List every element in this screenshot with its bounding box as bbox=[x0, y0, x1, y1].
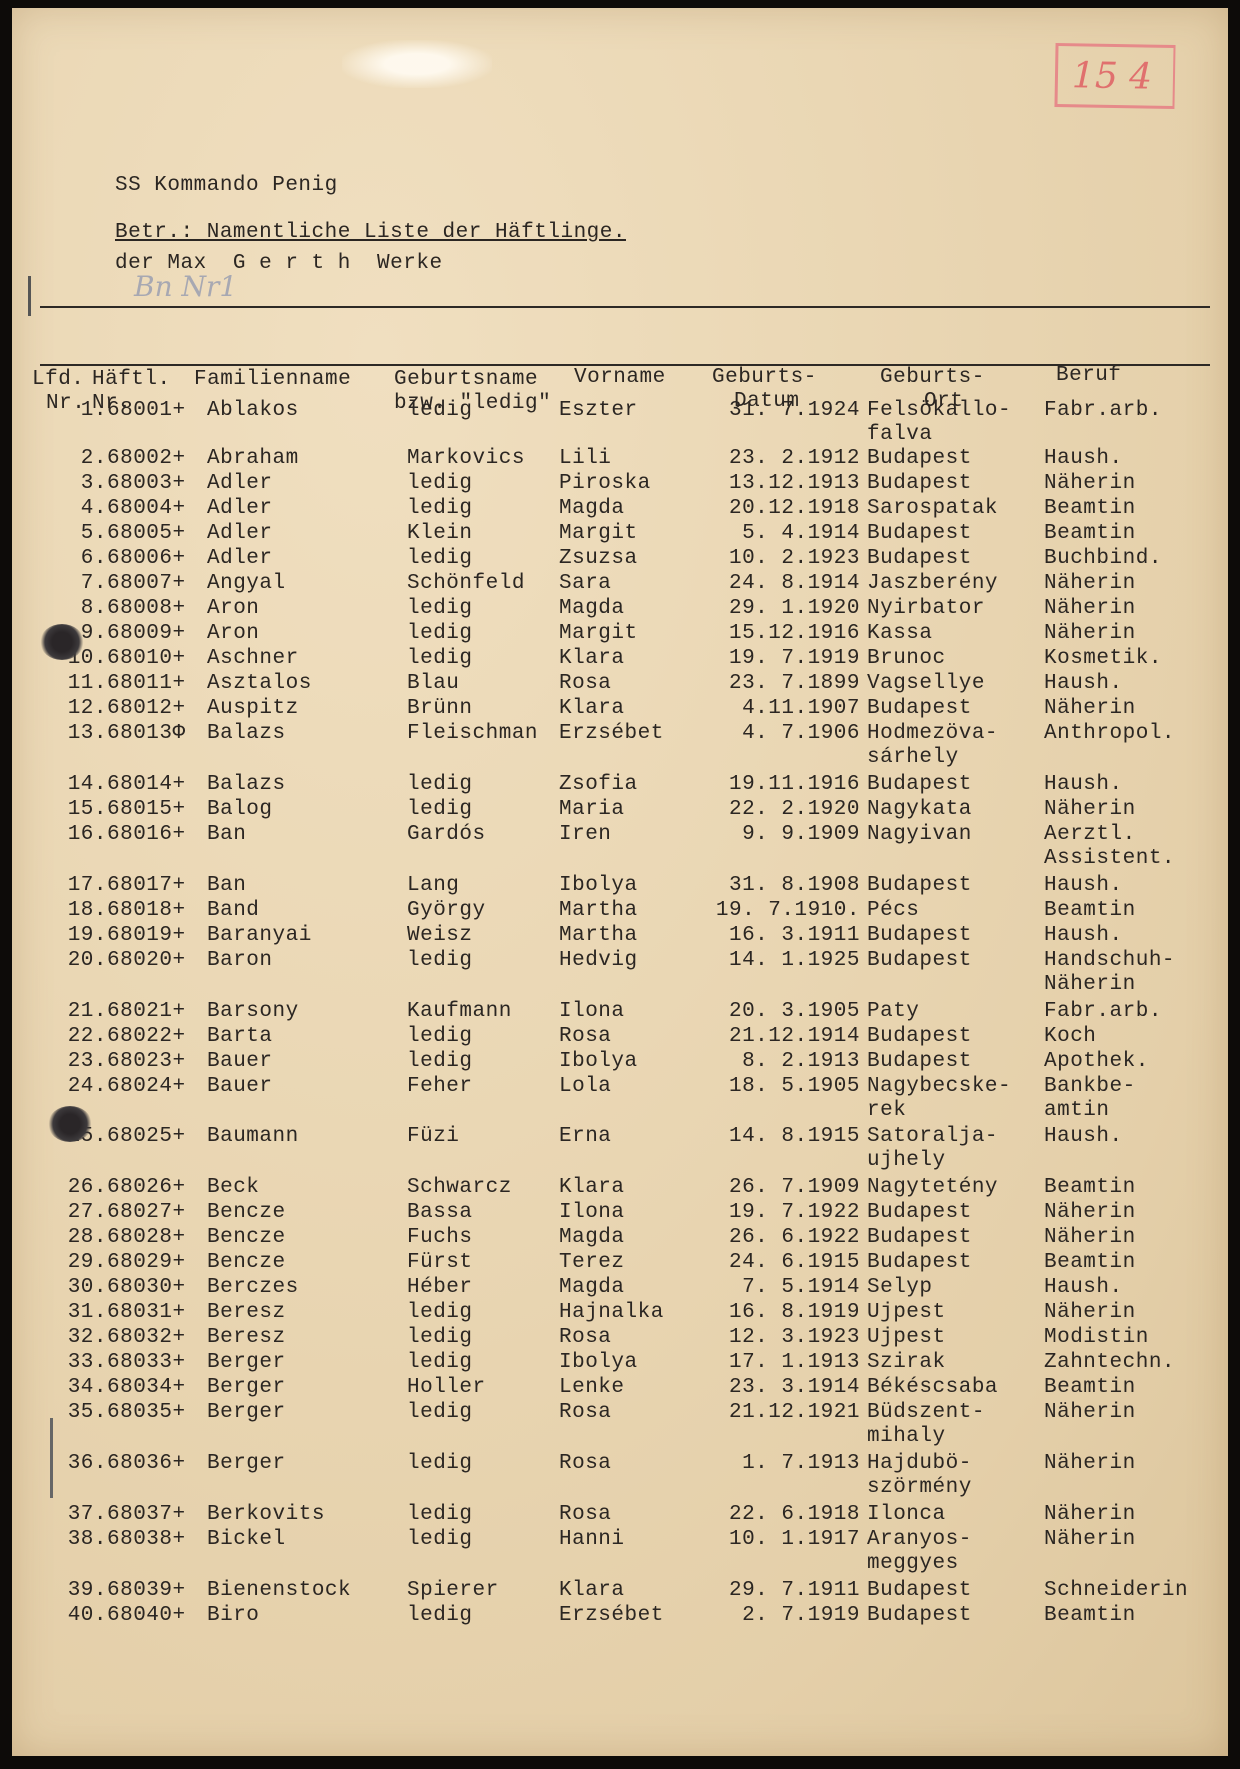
beruf: Näherin bbox=[1044, 1225, 1136, 1250]
beruf: Beamtin bbox=[1044, 1375, 1136, 1400]
ink-blot bbox=[48, 1106, 92, 1142]
haeftling-nr: 68013Φ bbox=[107, 721, 186, 746]
familienname: Beresz bbox=[207, 1300, 286, 1325]
familienname: Aschner bbox=[207, 646, 299, 671]
table-row: 19. 68019+ Baranyai Weisz Martha 16. 3.1… bbox=[12, 923, 1228, 949]
beruf: Haush. bbox=[1044, 1124, 1123, 1149]
vorname: Erzsébet bbox=[559, 721, 664, 746]
vorname: Ilona bbox=[559, 999, 625, 1024]
geburtsdatum: 31. 8.1908 bbox=[692, 873, 860, 898]
haeftling-nr: 68015+ bbox=[107, 797, 186, 822]
geburtsname: Brünn bbox=[407, 696, 473, 721]
vorname: Ibolya bbox=[559, 1049, 638, 1074]
lfd-nr: 37. bbox=[57, 1502, 107, 1527]
familienname: Adler bbox=[207, 471, 273, 496]
beruf: Näherin bbox=[1044, 596, 1136, 621]
vorname: Martha bbox=[559, 923, 638, 948]
lfd-nr: 11. bbox=[57, 671, 107, 696]
lfd-nr: 21. bbox=[57, 999, 107, 1024]
geburtsort: Budapest bbox=[867, 471, 972, 496]
geburtsdatum: 10. 2.1923 bbox=[692, 546, 860, 571]
beruf: Näherin bbox=[1044, 1451, 1136, 1476]
vorname: Sara bbox=[559, 571, 611, 596]
geburtsname: Schönfeld bbox=[407, 571, 525, 596]
geburtsdatum: 26. 7.1909 bbox=[692, 1175, 860, 1200]
geburtsdatum: 21.12.1921 bbox=[692, 1400, 860, 1425]
geburtsname: ledig bbox=[407, 621, 473, 646]
table-row: 20. 68020+ Baron ledig Hedvig 14. 1.1925… bbox=[12, 948, 1228, 974]
familienname: Ban bbox=[207, 873, 246, 898]
geburtsdatum: 4. 7.1906 bbox=[692, 721, 860, 746]
table-row: 16. 68016+ Ban Gardós Iren 9. 9.1909 Nag… bbox=[12, 822, 1228, 848]
geburtsdatum: 19. 7.1910. bbox=[692, 898, 860, 923]
haeftling-nr: 68011+ bbox=[107, 671, 186, 696]
geburtsdatum: 31. 7.1924 bbox=[692, 398, 860, 423]
geburtsname: Fürst bbox=[407, 1250, 473, 1275]
haeftling-nr: 68019+ bbox=[107, 923, 186, 948]
lfd-nr: 29. bbox=[57, 1250, 107, 1275]
haeftling-nr: 68026+ bbox=[107, 1175, 186, 1200]
familienname: Biro bbox=[207, 1603, 259, 1628]
haeftling-nr: 68003+ bbox=[107, 471, 186, 496]
familienname: Bencze bbox=[207, 1225, 286, 1250]
haeftling-nr: 68023+ bbox=[107, 1049, 186, 1074]
geburtsdatum: 18. 5.1905 bbox=[692, 1074, 860, 1099]
lfd-nr: 16. bbox=[57, 822, 107, 847]
familienname: Bauer bbox=[207, 1074, 273, 1099]
table-row: 30. 68030+ Berczes Héber Magda 7. 5.1914… bbox=[12, 1275, 1228, 1301]
lfd-nr: 2. bbox=[57, 446, 107, 471]
table-row: 39. 68039+ Bienenstock Spierer Klara 29.… bbox=[12, 1578, 1228, 1604]
geburtsdatum: 9. 9.1909 bbox=[692, 822, 860, 847]
haeftling-nr: 68014+ bbox=[107, 772, 186, 797]
beruf: Beamtin bbox=[1044, 1175, 1136, 1200]
page-number-stamp: 15 4 bbox=[1054, 43, 1175, 109]
familienname: Berger bbox=[207, 1375, 286, 1400]
familienname: Baumann bbox=[207, 1124, 299, 1149]
geburtsdatum: 15.12.1916 bbox=[692, 621, 860, 646]
familienname: Berger bbox=[207, 1350, 286, 1375]
geburtsort: Budapest bbox=[867, 948, 972, 973]
lfd-nr: 40. bbox=[57, 1603, 107, 1628]
geburtsort: Budapest bbox=[867, 1200, 972, 1225]
table-row: 2. 68002+ Abraham Markovics Lili 23. 2.1… bbox=[12, 446, 1228, 472]
table-row: 36. 68036+ Berger ledig Rosa 1. 7.1913 H… bbox=[12, 1451, 1228, 1477]
geburtsort: Paty bbox=[867, 999, 919, 1024]
beruf: Näherin bbox=[1044, 1400, 1136, 1425]
haeftling-nr: 68028+ bbox=[107, 1225, 186, 1250]
table-row: 15. 68015+ Balog ledig Maria 22. 2.1920 … bbox=[12, 797, 1228, 823]
geburtsdatum: 17. 1.1913 bbox=[692, 1350, 860, 1375]
beruf: Haush. bbox=[1044, 1275, 1123, 1300]
geburtsort: Budapest bbox=[867, 1603, 972, 1628]
geburtsname: Héber bbox=[407, 1275, 473, 1300]
table-row: 33. 68033+ Berger ledig Ibolya 17. 1.191… bbox=[12, 1350, 1228, 1376]
lfd-nr: 32. bbox=[57, 1325, 107, 1350]
geburtsname: ledig bbox=[407, 1350, 473, 1375]
familienname: Asztalos bbox=[207, 671, 312, 696]
table-top-rule bbox=[40, 306, 1210, 308]
geburtsname: Weisz bbox=[407, 923, 473, 948]
table-row: 27. 68027+ Bencze Bassa Ilona 19. 7.1922… bbox=[12, 1200, 1228, 1226]
geburtsname: ledig bbox=[407, 1527, 473, 1552]
geburtsname: Kaufmann bbox=[407, 999, 512, 1024]
geburtsname: Blau bbox=[407, 671, 459, 696]
table-row: 18. 68018+ Band György Martha 19. 7.1910… bbox=[12, 898, 1228, 924]
geburtsort: Budapest bbox=[867, 923, 972, 948]
table-row: 29. 68029+ Bencze Fürst Terez 24. 6.1915… bbox=[12, 1250, 1228, 1276]
vorname: Klara bbox=[559, 1175, 625, 1200]
vorname: Lola bbox=[559, 1074, 611, 1099]
lfd-nr: 5. bbox=[57, 521, 107, 546]
geburtsort-continued: szörmény bbox=[867, 1475, 972, 1500]
table-row: 4. 68004+ Adler ledig Magda 20.12.1918 S… bbox=[12, 496, 1228, 522]
lfd-nr: 1. bbox=[57, 398, 107, 423]
table-row: 35. 68035+ Berger ledig Rosa 21.12.1921 … bbox=[12, 1400, 1228, 1426]
geburtsname: Klein bbox=[407, 521, 473, 546]
vorname: Erzsébet bbox=[559, 1603, 664, 1628]
haeftling-nr: 68029+ bbox=[107, 1250, 186, 1275]
geburtsort: Felsökallo- bbox=[867, 398, 1011, 423]
lfd-nr: 7. bbox=[57, 571, 107, 596]
geburtsname: ledig bbox=[407, 546, 473, 571]
geburtsdatum: 24. 6.1915 bbox=[692, 1250, 860, 1275]
margin-bracket bbox=[50, 1418, 53, 1498]
lfd-nr: 27. bbox=[57, 1200, 107, 1225]
vorname: Hanni bbox=[559, 1527, 625, 1552]
table-row: 25. 68025+ Baumann Füzi Erna 14. 8.1915 … bbox=[12, 1124, 1228, 1150]
geburtsdatum: 13.12.1913 bbox=[692, 471, 860, 496]
geburtsort: Budapest bbox=[867, 1024, 972, 1049]
haeftling-nr: 68030+ bbox=[107, 1275, 186, 1300]
familienname: Baron bbox=[207, 948, 273, 973]
geburtsdatum: 20.12.1918 bbox=[692, 496, 860, 521]
vorname: Iren bbox=[559, 822, 611, 847]
haeftling-nr: 68027+ bbox=[107, 1200, 186, 1225]
vorname: Klara bbox=[559, 696, 625, 721]
beruf: Beamtin bbox=[1044, 1603, 1136, 1628]
table-row: 5. 68005+ Adler Klein Margit 5. 4.1914 B… bbox=[12, 521, 1228, 547]
geburtsdatum: 7. 5.1914 bbox=[692, 1275, 860, 1300]
geburtsname: Spierer bbox=[407, 1578, 499, 1603]
geburtsname: ledig bbox=[407, 398, 473, 423]
geburtsname: ledig bbox=[407, 1451, 473, 1476]
margin-mark bbox=[28, 276, 31, 316]
geburtsname: ledig bbox=[407, 1502, 473, 1527]
vorname: Magda bbox=[559, 1225, 625, 1250]
familienname: Adler bbox=[207, 546, 273, 571]
vorname: Piroska bbox=[559, 471, 651, 496]
lfd-nr: 12. bbox=[57, 696, 107, 721]
geburtsort: Jaszberény bbox=[867, 571, 998, 596]
familienname: Bencze bbox=[207, 1200, 286, 1225]
familienname: Angyal bbox=[207, 571, 286, 596]
geburtsname: Feher bbox=[407, 1074, 473, 1099]
familienname: Ban bbox=[207, 822, 246, 847]
lfd-nr: 8. bbox=[57, 596, 107, 621]
lfd-nr: 14. bbox=[57, 772, 107, 797]
geburtsdatum: 29. 1.1920 bbox=[692, 596, 860, 621]
geburtsdatum: 24. 8.1914 bbox=[692, 571, 860, 596]
haeftling-nr: 68001+ bbox=[107, 398, 186, 423]
lfd-nr: 31. bbox=[57, 1300, 107, 1325]
haeftling-nr: 68021+ bbox=[107, 999, 186, 1024]
beruf: Näherin bbox=[1044, 1200, 1136, 1225]
geburtsdatum: 23. 7.1899 bbox=[692, 671, 860, 696]
beruf: Modistin bbox=[1044, 1325, 1149, 1350]
haeftling-nr: 68009+ bbox=[107, 621, 186, 646]
geburtsort: Aranyos- bbox=[867, 1527, 972, 1552]
haeftling-nr: 68031+ bbox=[107, 1300, 186, 1325]
haeftling-nr: 68012+ bbox=[107, 696, 186, 721]
beruf: Fabr.arb. bbox=[1044, 398, 1162, 423]
table-row: 6. 68006+ Adler ledig Zsuzsa 10. 2.1923 … bbox=[12, 546, 1228, 572]
beruf: Haush. bbox=[1044, 873, 1123, 898]
table-row: 3. 68003+ Adler ledig Piroska 13.12.1913… bbox=[12, 471, 1228, 497]
geburtsname: Gardós bbox=[407, 822, 486, 847]
geburtsname: ledig bbox=[407, 1024, 473, 1049]
beruf-continued: Näherin bbox=[1044, 972, 1136, 997]
beruf: Aerztl. bbox=[1044, 822, 1136, 847]
haeftling-nr: 68035+ bbox=[107, 1400, 186, 1425]
beruf: Näherin bbox=[1044, 696, 1136, 721]
familienname: Auspitz bbox=[207, 696, 299, 721]
beruf: Apothek. bbox=[1044, 1049, 1149, 1074]
geburtsort: Budapest bbox=[867, 446, 972, 471]
geburtsort: Budapest bbox=[867, 1578, 972, 1603]
lfd-nr: 17. bbox=[57, 873, 107, 898]
geburtsdatum: 14. 1.1925 bbox=[692, 948, 860, 973]
table-row: 11. 68011+ Asztalos Blau Rosa 23. 7.1899… bbox=[12, 671, 1228, 697]
geburtsname: ledig bbox=[407, 471, 473, 496]
geburtsdatum: 23. 2.1912 bbox=[692, 446, 860, 471]
col-geburtsname: Geburtsnamebzw. "ledig" bbox=[394, 320, 551, 464]
geburtsdatum: 10. 1.1917 bbox=[692, 1527, 860, 1552]
geburtsort: Kassa bbox=[867, 621, 933, 646]
geburtsname: Füzi bbox=[407, 1124, 459, 1149]
table-row: 38. 68038+ Bickel ledig Hanni 10. 1.1917… bbox=[12, 1527, 1228, 1553]
table-row: 28. 68028+ Bencze Fuchs Magda 26. 6.1922… bbox=[12, 1225, 1228, 1251]
geburtsname: Fuchs bbox=[407, 1225, 473, 1250]
table-row: 7. 68007+ Angyal Schönfeld Sara 24. 8.19… bbox=[12, 571, 1228, 597]
familienname: Beck bbox=[207, 1175, 259, 1200]
vorname: Hedvig bbox=[559, 948, 638, 973]
haeftling-nr: 68025+ bbox=[107, 1124, 186, 1149]
familienname: Balazs bbox=[207, 772, 286, 797]
geburtsort: Nyirbator bbox=[867, 596, 985, 621]
vorname: Terez bbox=[559, 1250, 625, 1275]
haeftling-nr: 68004+ bbox=[107, 496, 186, 521]
familienname: Adler bbox=[207, 521, 273, 546]
col-haeftl-nr: Häftl.Nr. bbox=[92, 320, 171, 464]
beruf: Beamtin bbox=[1044, 496, 1136, 521]
familienname: Aron bbox=[207, 621, 259, 646]
geburtsname: ledig bbox=[407, 596, 473, 621]
beruf: Haush. bbox=[1044, 923, 1123, 948]
beruf-continued: amtin bbox=[1044, 1098, 1110, 1123]
lfd-nr: 38. bbox=[57, 1527, 107, 1552]
geburtsname: ledig bbox=[407, 1049, 473, 1074]
vorname: Magda bbox=[559, 596, 625, 621]
vorname: Eszter bbox=[559, 398, 638, 423]
familienname: Ablakos bbox=[207, 398, 299, 423]
haeftling-nr: 68005+ bbox=[107, 521, 186, 546]
geburtsort: Selyp bbox=[867, 1275, 933, 1300]
table-row: 13. 68013Φ Balazs Fleischman Erzsébet 4.… bbox=[12, 721, 1228, 747]
geburtsort: Nagybecske- bbox=[867, 1074, 1011, 1099]
familienname: Band bbox=[207, 898, 259, 923]
ink-blot bbox=[40, 624, 84, 660]
geburtsdatum: 1. 7.1913 bbox=[692, 1451, 860, 1476]
haeftling-nr: 68022+ bbox=[107, 1024, 186, 1049]
geburtsname: ledig bbox=[407, 772, 473, 797]
geburtsname: Schwarcz bbox=[407, 1175, 512, 1200]
lfd-nr: 33. bbox=[57, 1350, 107, 1375]
vorname: Rosa bbox=[559, 1024, 611, 1049]
vorname: Rosa bbox=[559, 1502, 611, 1527]
geburtsdatum: 23. 3.1914 bbox=[692, 1375, 860, 1400]
beruf: Haush. bbox=[1044, 446, 1123, 471]
table-row: 17. 68017+ Ban Lang Ibolya 31. 8.1908 Bu… bbox=[12, 873, 1228, 899]
geburtsdatum: 21.12.1914 bbox=[692, 1024, 860, 1049]
vorname: Maria bbox=[559, 797, 625, 822]
haeftling-nr: 68040+ bbox=[107, 1603, 186, 1628]
beruf: Näherin bbox=[1044, 797, 1136, 822]
geburtsdatum: 20. 3.1905 bbox=[692, 999, 860, 1024]
document-page: 15 4 SS Kommando Penig der Max G e r t h… bbox=[12, 8, 1228, 1756]
familienname: Berger bbox=[207, 1400, 286, 1425]
vorname: Magda bbox=[559, 1275, 625, 1300]
beruf: Näherin bbox=[1044, 471, 1136, 496]
haeftling-nr: 68032+ bbox=[107, 1325, 186, 1350]
geburtsort: Budapest bbox=[867, 873, 972, 898]
geburtsort: Nagykata bbox=[867, 797, 972, 822]
geburtsname: Holler bbox=[407, 1375, 486, 1400]
lfd-nr: 26. bbox=[57, 1175, 107, 1200]
vorname: Margit bbox=[559, 621, 638, 646]
haeftling-nr: 68020+ bbox=[107, 948, 186, 973]
table-row: 9. 68009+ Aron ledig Margit 15.12.1916 K… bbox=[12, 621, 1228, 647]
familienname: Beresz bbox=[207, 1325, 286, 1350]
beruf: Anthropol. bbox=[1044, 721, 1175, 746]
lfd-nr: 13. bbox=[57, 721, 107, 746]
geburtsdatum: 29. 7.1911 bbox=[692, 1578, 860, 1603]
geburtsort: Ujpest bbox=[867, 1325, 946, 1350]
vorname: Rosa bbox=[559, 671, 611, 696]
vorname: Ibolya bbox=[559, 1350, 638, 1375]
haeftling-nr: 68039+ bbox=[107, 1578, 186, 1603]
lfd-nr: 18. bbox=[57, 898, 107, 923]
lfd-nr: 35. bbox=[57, 1400, 107, 1425]
geburtsdatum: 12. 3.1923 bbox=[692, 1325, 860, 1350]
vorname: Lenke bbox=[559, 1375, 625, 1400]
beruf: Beamtin bbox=[1044, 1250, 1136, 1275]
haeftling-nr: 68037+ bbox=[107, 1502, 186, 1527]
geburtsdatum: 8. 2.1913 bbox=[692, 1049, 860, 1074]
geburtsort: Büdszent- bbox=[867, 1400, 985, 1425]
table-row: 10. 68010+ Aschner ledig Klara 19. 7.191… bbox=[12, 646, 1228, 672]
geburtsdatum: 16. 8.1919 bbox=[692, 1300, 860, 1325]
geburtsname: Markovics bbox=[407, 446, 525, 471]
vorname: Rosa bbox=[559, 1451, 611, 1476]
table-row: 21. 68021+ Barsony Kaufmann Ilona 20. 3.… bbox=[12, 999, 1228, 1025]
vorname: Rosa bbox=[559, 1400, 611, 1425]
lfd-nr: 4. bbox=[57, 496, 107, 521]
geburtsdatum: 5. 4.1914 bbox=[692, 521, 860, 546]
geburtsort-continued: mihaly bbox=[867, 1424, 946, 1449]
lfd-nr: 30. bbox=[57, 1275, 107, 1300]
haeftling-nr: 68033+ bbox=[107, 1350, 186, 1375]
geburtsdatum: 26. 6.1922 bbox=[692, 1225, 860, 1250]
haeftling-nr: 68006+ bbox=[107, 546, 186, 571]
lfd-nr: 28. bbox=[57, 1225, 107, 1250]
beruf: Beamtin bbox=[1044, 898, 1136, 923]
haeftling-nr: 68010+ bbox=[107, 646, 186, 671]
familienname: Barta bbox=[207, 1024, 273, 1049]
geburtsort-continued: sárhely bbox=[867, 745, 959, 770]
geburtsort-continued: ujhely bbox=[867, 1148, 946, 1173]
beruf: Bankbe- bbox=[1044, 1074, 1136, 1099]
familienname: Balog bbox=[207, 797, 273, 822]
geburtsdatum: 22. 2.1920 bbox=[692, 797, 860, 822]
geburtsort: Satoralja- bbox=[867, 1124, 998, 1149]
geburtsort: Budapest bbox=[867, 1049, 972, 1074]
lfd-nr: 39. bbox=[57, 1578, 107, 1603]
table-row: 22. 68022+ Barta ledig Rosa 21.12.1914 B… bbox=[12, 1024, 1228, 1050]
haeftling-nr: 68036+ bbox=[107, 1451, 186, 1476]
table-row: 26. 68026+ Beck Schwarcz Klara 26. 7.190… bbox=[12, 1175, 1228, 1201]
beruf: Buchbind. bbox=[1044, 546, 1162, 571]
lfd-nr: 24. bbox=[57, 1074, 107, 1099]
haeftling-nr: 68018+ bbox=[107, 898, 186, 923]
geburtsort: Sarospatak bbox=[867, 496, 998, 521]
vorname: Ibolya bbox=[559, 873, 638, 898]
familienname: Berger bbox=[207, 1451, 286, 1476]
beruf: Kosmetik. bbox=[1044, 646, 1162, 671]
vorname: Zsofia bbox=[559, 772, 638, 797]
familienname: Bienenstock bbox=[207, 1578, 351, 1603]
lfd-nr: 34. bbox=[57, 1375, 107, 1400]
beruf: Näherin bbox=[1044, 1527, 1136, 1552]
geburtsort: Békéscsaba bbox=[867, 1375, 998, 1400]
table-row: 24. 68024+ Bauer Feher Lola 18. 5.1905 N… bbox=[12, 1074, 1228, 1100]
familienname: Baranyai bbox=[207, 923, 312, 948]
geburtsort: Ujpest bbox=[867, 1300, 946, 1325]
table-row: 23. 68023+ Bauer ledig Ibolya 8. 2.1913 … bbox=[12, 1049, 1228, 1075]
vorname: Margit bbox=[559, 521, 638, 546]
geburtsort: Pécs bbox=[867, 898, 919, 923]
geburtsname: György bbox=[407, 898, 486, 923]
beruf: Zahntechn. bbox=[1044, 1350, 1175, 1375]
lfd-nr: 23. bbox=[57, 1049, 107, 1074]
lfd-nr: 3. bbox=[57, 471, 107, 496]
pencil-annotation: Bn Nr1 bbox=[134, 270, 237, 303]
geburtsname: ledig bbox=[407, 948, 473, 973]
familienname: Berczes bbox=[207, 1275, 299, 1300]
beruf: Näherin bbox=[1044, 621, 1136, 646]
letterhead-line-1: SS Kommando Penig bbox=[115, 173, 443, 199]
familienname: Aron bbox=[207, 596, 259, 621]
familienname: Bickel bbox=[207, 1527, 286, 1552]
table-row: 31. 68031+ Beresz ledig Hajnalka 16. 8.1… bbox=[12, 1300, 1228, 1326]
vorname: Martha bbox=[559, 898, 638, 923]
geburtsname: ledig bbox=[407, 1400, 473, 1425]
geburtsort-continued: falva bbox=[867, 422, 933, 447]
vorname: Erna bbox=[559, 1124, 611, 1149]
beruf-continued: Assistent. bbox=[1044, 846, 1175, 871]
familienname: Adler bbox=[207, 496, 273, 521]
geburtsname: ledig bbox=[407, 797, 473, 822]
